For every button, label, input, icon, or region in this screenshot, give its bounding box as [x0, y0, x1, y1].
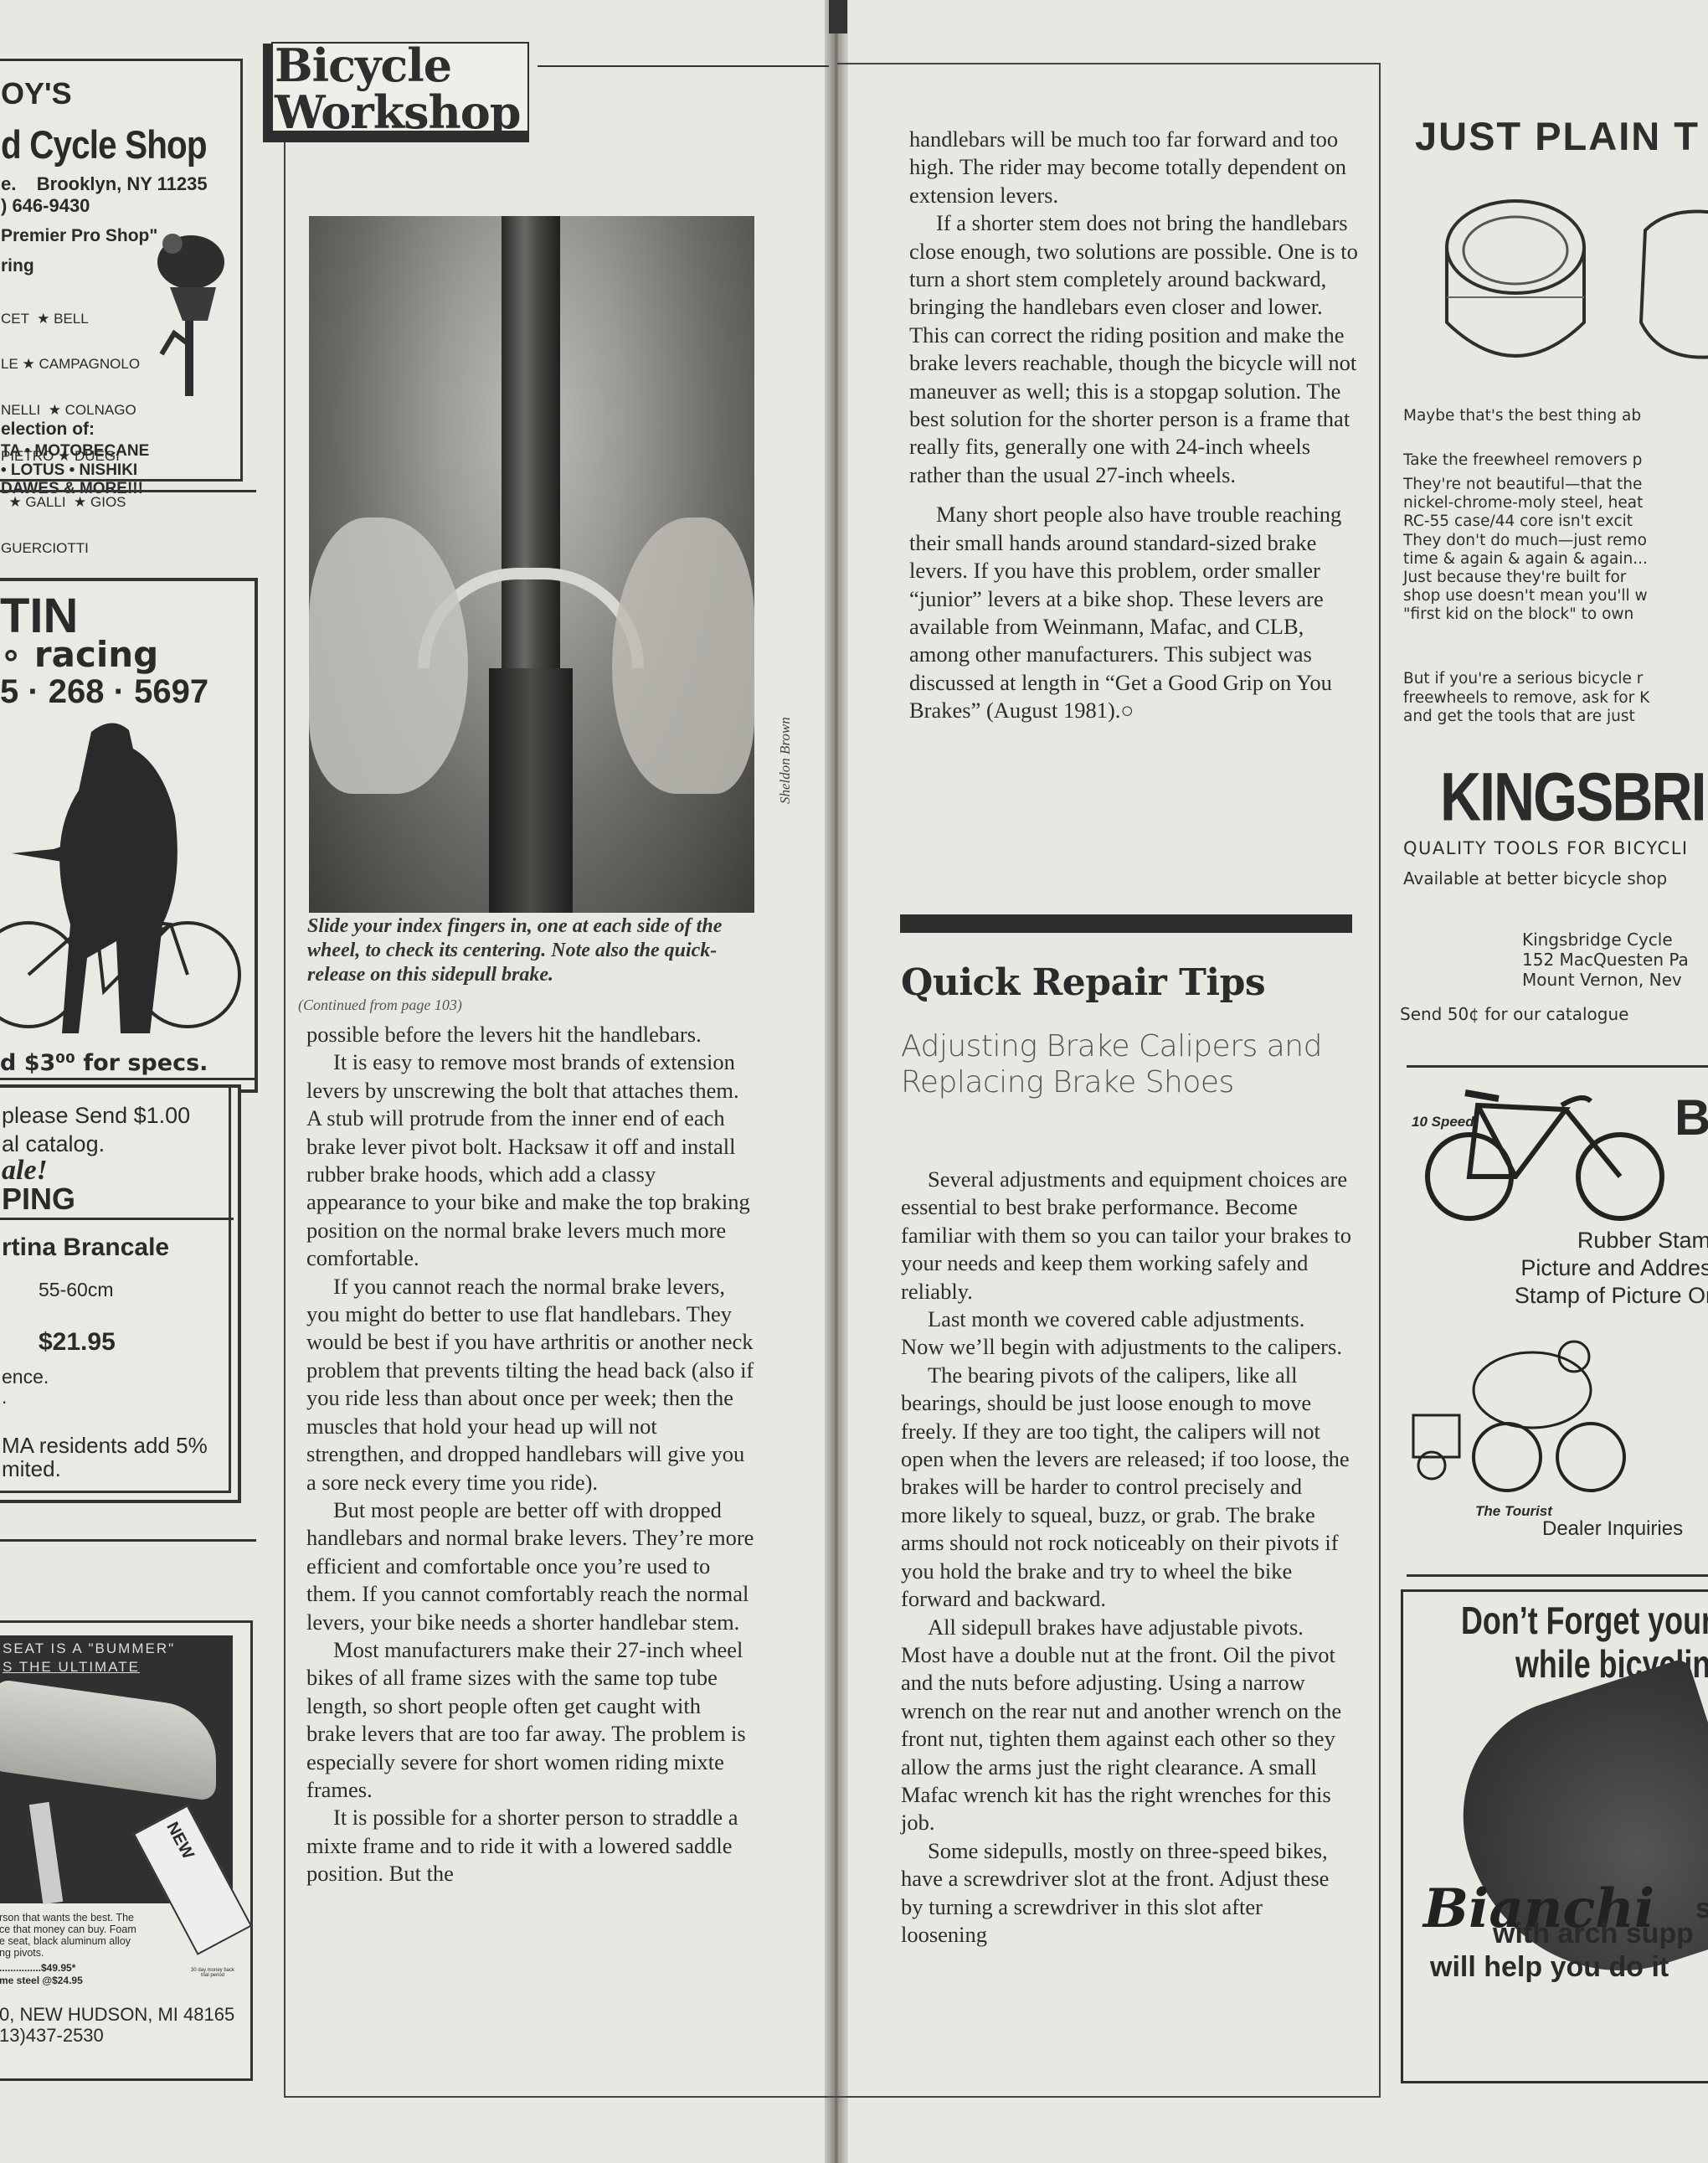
freewheel-remover-illustration [1444, 197, 1708, 377]
ad-line: . [2, 1386, 7, 1409]
kingsbridge-address: Kingsbridge Cycle 152 MacQuesten Pa Moun… [1522, 930, 1689, 990]
divider [0, 490, 256, 492]
ad-copy-line: "first kid on the block" to own [1403, 605, 1648, 624]
stamp-description: Rubber Stamp Picture and Address Stamp o… [1480, 1227, 1708, 1310]
bianchi-line: with arch supp [1493, 1918, 1694, 1950]
photo-caption: Slide your index fingers in, one at each… [307, 914, 759, 987]
divider [0, 1218, 234, 1220]
bike-brand-line: • LOTUS • NISHIKI [1, 461, 137, 480]
address-line: 152 MacQuesten Pa [1522, 950, 1689, 970]
paragraph: If a shorter stem does not bring the han… [909, 209, 1361, 489]
seat-post [29, 1802, 63, 1904]
column-border-bottom [284, 2096, 1381, 2098]
paragraph: Some sidepulls, mostly on three-speed bi… [901, 1837, 1353, 1949]
bianchi-headline: Don’t Forget your [1461, 1598, 1708, 1643]
ad-copy-line: nickel-chrome-moly steel, heat [1403, 494, 1648, 512]
stamp-line: Picture and Address [1480, 1254, 1708, 1282]
column-border-top-right [837, 63, 1381, 64]
ad-copy-line: RC-55 case/44 core isn't excit [1403, 512, 1648, 531]
article-column-1: possible before the levers hit the handl… [306, 1021, 754, 1888]
ad-copy-line: Maybe that's the best thing ab [1403, 406, 1641, 425]
stamp-brand-partial: B [1675, 1089, 1708, 1146]
catalog-line: al catalog. [2, 1131, 105, 1157]
paragraph: It is easy to remove most brands of exte… [306, 1048, 754, 1272]
kingsbridge-logo: KINGSBRID [1440, 758, 1708, 837]
kingsbridge-tagline: QUALITY TOOLS FOR BICYCLI [1403, 839, 1689, 858]
desc-line: e seat, black aluminum alloy [0, 1935, 136, 1947]
ad-phone: 5 · 268 · 5697 [0, 673, 208, 711]
ad-copy-line: freewheels to remove, ask for K [1403, 689, 1649, 708]
shop-name: OY'S [1, 76, 72, 111]
paragraph: All sidepull brakes have adjustable pivo… [901, 1614, 1353, 1837]
ad-copy-line: But if you're a serious bicycle r [1403, 670, 1649, 689]
divider [1407, 1574, 1708, 1577]
ad-copy-block: They're not beautiful—that the nickel-ch… [1403, 476, 1648, 625]
page-gutter [825, 0, 848, 2163]
brand-line: NELLI ★ COLNAGO [1, 403, 140, 418]
brand-line: CET ★ BELL [1, 312, 140, 327]
shop-tagline: Premier Pro Shop" [1, 226, 157, 246]
photo-credit: Sheldon Brown [777, 717, 794, 804]
kingsbridge-availability: Available at better bicycle shop [1403, 869, 1667, 888]
catalog-shipping-ad: please Send $1.00 al catalog. ale! PING … [0, 1084, 241, 1503]
divider [0, 1078, 256, 1080]
paragraph: handlebars will be much too far forward … [909, 126, 1361, 209]
tag-new: NEW [162, 1819, 197, 1862]
article-column-2: handlebars will be much too far forward … [909, 126, 1361, 725]
seat-cushion [0, 1678, 216, 1801]
photo-left-hand [309, 518, 468, 794]
stamp-line: Rubber Stamp [1480, 1227, 1708, 1254]
bicycle-builder-ad: TIN ∘ racing 5 · 268 · 5697 d $3⁰⁰ for s… [0, 578, 258, 1093]
shipping-word: PING [2, 1182, 75, 1217]
cycle-shop-ad: OY'S d Cycle Shop e. Brooklyn, NY 11235 … [0, 59, 243, 482]
tax-note: MA residents add 5% [2, 1433, 208, 1459]
paragraph: It is possible for a shorter person to s… [306, 1804, 754, 1887]
guarantee-note: 30 day money back trial period [188, 1968, 237, 1978]
quick-repair-body: Several adjustments and equipment choice… [901, 1166, 1353, 1949]
product-price: $21.95 [39, 1328, 116, 1357]
column-border-left [284, 142, 286, 2098]
paragraph: Many short people also have trouble reac… [909, 501, 1361, 724]
ad-copy-line: shop use doesn't mean you'll w [1403, 587, 1648, 605]
stamp-line: Stamp of Picture Onl [1480, 1282, 1708, 1310]
ad-copy-line: They don't do much—just remo [1403, 532, 1648, 550]
catalog-line: please Send $1.00 [2, 1103, 190, 1129]
ad-copy-line: Just because they're built for [1403, 569, 1648, 587]
seat-alt-price: me steel @$24.95 [0, 1975, 83, 1986]
paragraph: Most manufacturers make their 27-inch wh… [306, 1636, 754, 1804]
paragraph: possible before the levers hit the handl… [306, 1021, 754, 1048]
ad-line: ence. [2, 1366, 49, 1388]
page-gutter-top [829, 0, 847, 33]
ad-tagline: ∘ racing [0, 636, 158, 673]
brand-line: LE ★ CAMPAGNOLO [1, 357, 140, 372]
ad-copy-line: They're not beautiful—that the [1403, 476, 1648, 494]
paragraph: Several adjustments and equipment choice… [901, 1166, 1353, 1306]
ad-copy-line: Take the freewheel removers p [1403, 451, 1642, 470]
section-title-line: Workshop [275, 89, 521, 136]
bike-brand-line: DAWES & MORE!!! [1, 480, 143, 498]
photo-tire [489, 668, 573, 913]
seat-description: rson that wants the best. The ce that mo… [0, 1912, 136, 1959]
ad-copy-line: time & again & again & again... [1403, 550, 1648, 569]
product-name: rtina Brancale [2, 1233, 169, 1262]
shop-address: e. Brooklyn, NY 11235 [1, 173, 208, 195]
section-bar [900, 914, 1352, 933]
paragraph: The bearing pivots of the calipers, like… [901, 1362, 1353, 1614]
seat-address: 0, NEW HUDSON, MI 48165 [0, 2004, 234, 2026]
featuring-label: ring [1, 256, 34, 276]
address-line: Kingsbridge Cycle [1522, 930, 1689, 950]
ad-name: TIN [0, 593, 78, 640]
bicycle-seat-ad: SEAT IS A "BUMMER" S THE ULTIMATE NEW rs… [0, 1620, 253, 2081]
paragraph: If you cannot reach the normal brake lev… [306, 1273, 754, 1496]
catalogue-offer: Send 50¢ for our catalogue [1400, 1005, 1628, 1024]
shop-title: d Cycle Shop [1, 121, 207, 167]
photo-right-hand [612, 518, 754, 794]
paragraph: But most people are better off with drop… [306, 1496, 754, 1636]
tourist-label: The Tourist [1475, 1503, 1552, 1520]
ad-copy-line: and get the tools that are just [1403, 708, 1649, 727]
column-border-right [1379, 63, 1381, 2098]
bianchi-line: will help you do it [1430, 1951, 1669, 1984]
ad-line: mited. [2, 1456, 61, 1482]
divider [0, 1539, 256, 1542]
header-rule [538, 65, 829, 67]
vintage-cyclist-silhouette [0, 715, 246, 1058]
bike-brand-line: TA • MOTOBECANE [1, 442, 149, 461]
quick-repair-title: Quick Repair Tips [901, 961, 1265, 1004]
tourist-cartoon-illustration [1407, 1323, 1658, 1507]
product-size: 55-60cm [39, 1279, 113, 1301]
seat-phone: 13)437-2530 [0, 2025, 104, 2047]
address-line: Mount Vernon, Nev [1522, 970, 1689, 990]
shop-phone: ) 646-9430 [1, 195, 90, 217]
quick-repair-subtitle: Adjusting Brake Calipers and Replacing B… [901, 1028, 1336, 1100]
desc-line: ng pivots. [0, 1947, 136, 1959]
continued-from: (Continued from page 103) [298, 997, 462, 1014]
section-title-line: Bicycle [275, 42, 521, 89]
kingsbridge-headline: JUST PLAIN T [1415, 113, 1700, 159]
seat-headline: SEAT IS A "BUMMER" [3, 1640, 175, 1657]
seat-headline: S THE ULTIMATE [3, 1659, 140, 1676]
racing-cyclist-illustration [149, 229, 233, 400]
brake-centering-photo [309, 216, 754, 913]
selection-label: election of: [1, 420, 95, 440]
brand-line: GUERCIOTTI [1, 541, 140, 556]
paragraph: Last month we covered cable adjustments.… [901, 1306, 1353, 1362]
ten-speed-bicycle-illustration [1423, 1080, 1666, 1223]
ad-footer: d $3⁰⁰ for specs. [0, 1050, 208, 1076]
seat-price: ...............$49.95* [0, 1962, 75, 1974]
bianchi-partial: s [1695, 1893, 1708, 1925]
desc-line: rson that wants the best. The [0, 1912, 136, 1924]
desc-line: ce that money can buy. Foam [0, 1924, 136, 1935]
ad-copy-block: But if you're a serious bicycle r freewh… [1403, 670, 1649, 727]
divider [1407, 1065, 1708, 1068]
dealer-inquiries: Dealer Inquiries [1542, 1517, 1683, 1541]
section-title: Bicycle Workshop [275, 42, 521, 136]
